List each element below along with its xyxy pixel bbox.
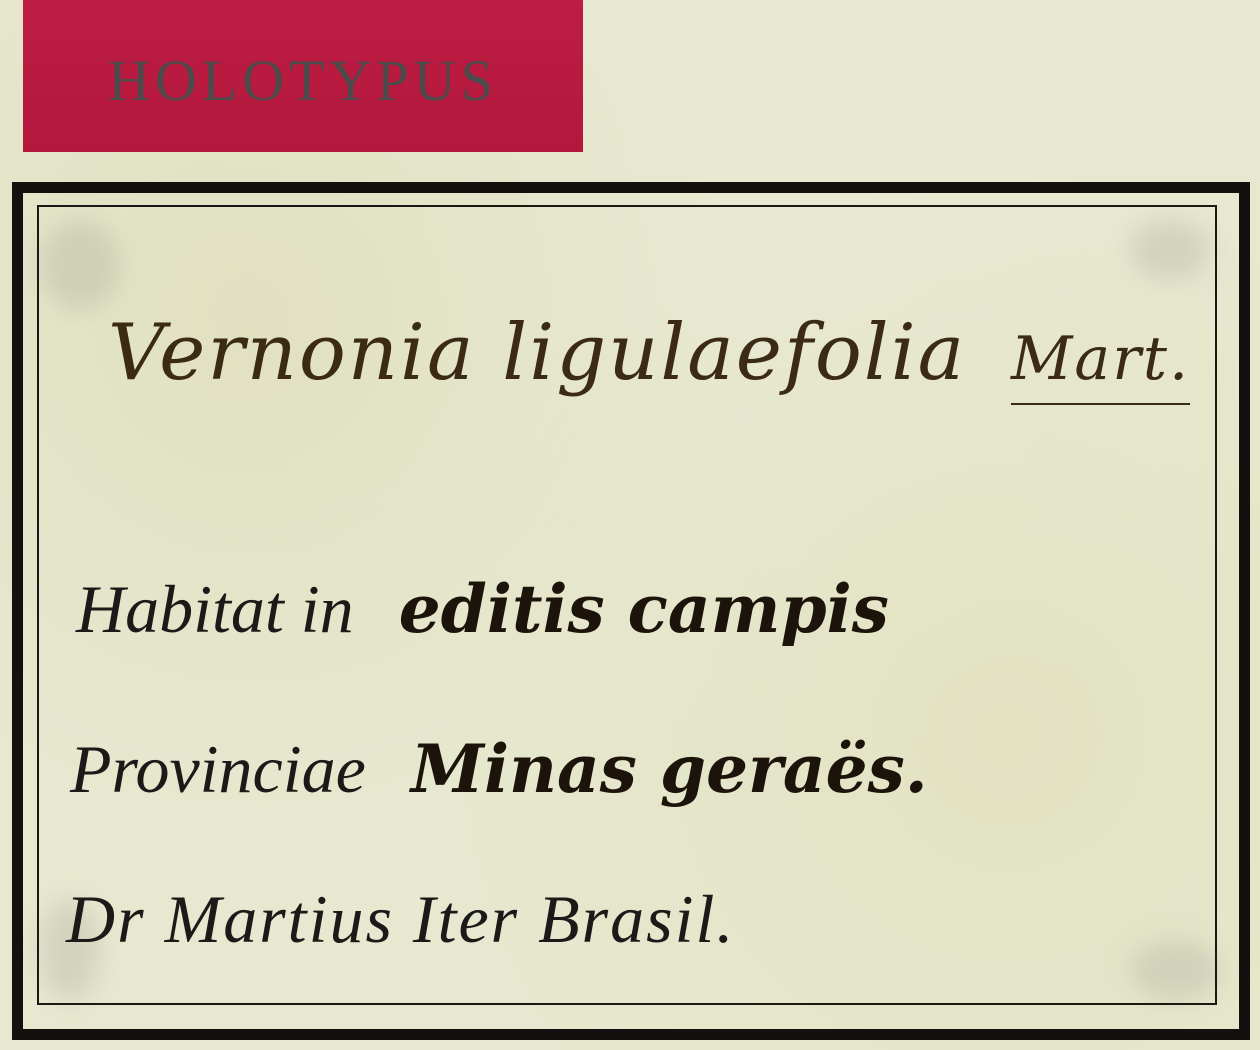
collector-printed: Dr Martius Iter Brasil. (66, 881, 735, 957)
holotype-text: HOLOTYPUS (108, 47, 498, 114)
holotype-label: HOLOTYPUS (23, 0, 583, 152)
habitat-handwritten: editis campis (399, 570, 889, 648)
epithet: ligulaefolia (502, 308, 966, 398)
genus: Vernonia (108, 308, 476, 398)
author: Mart. (1011, 324, 1190, 394)
collector-line: Dr Martius Iter Brasil. (66, 880, 735, 959)
province-handwritten: Minas geraës. (411, 730, 928, 808)
taxon-name-line: Vernonia ligulaefolia Mart. (108, 308, 1190, 398)
habitat-printed: Habitat in (76, 571, 354, 647)
habitat-line: Habitat in editis campis (76, 570, 889, 649)
province-line: Provinciae Minas geraës. (70, 730, 928, 809)
province-printed: Provinciae (70, 731, 366, 807)
